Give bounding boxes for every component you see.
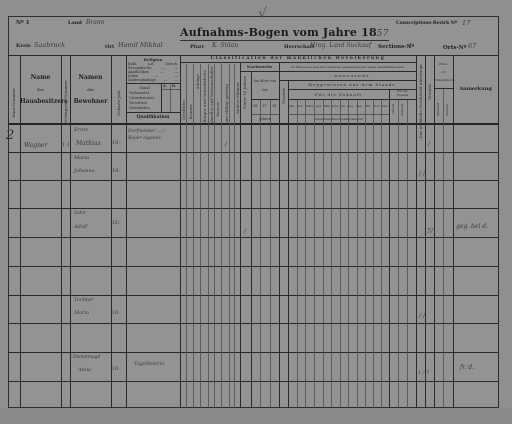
header-line: Wohn- xyxy=(434,60,453,68)
form-title-year: 57 xyxy=(377,29,389,39)
header-line: Fremde xyxy=(389,94,416,98)
month-label: Okt. xyxy=(365,104,371,108)
col-subrule xyxy=(200,64,201,408)
stand-row: Geschieden xyxy=(129,106,160,111)
row-4-mark-class: / xyxy=(244,228,246,235)
religion-row: Andersgläubige—— xyxy=(128,78,178,82)
weggewiesen-header: Weggewiesen aus dem Stande xyxy=(288,82,416,87)
row-4-name-first: Sohn xyxy=(74,211,86,216)
col-subrule xyxy=(193,64,194,408)
kreis-label: Kreis xyxy=(16,43,31,49)
header-line: Bewohner xyxy=(70,96,111,108)
aufenthalt-footer: Aufenthaltsdauer Anmerkungen xyxy=(288,117,389,121)
stand-bottom-rule xyxy=(126,112,180,113)
months-row: Jän. Feb. März Apr. Mai Juni Juli Aug. S… xyxy=(289,104,389,108)
nachwuchs-years-rule xyxy=(251,99,279,100)
col-subrule xyxy=(297,99,298,408)
besitzer-header: Name des Hausbesitzers xyxy=(20,72,61,108)
col-subrule xyxy=(270,99,271,408)
row-4-name-last: Adolf xyxy=(74,224,87,230)
row-2-name-last: Johanna xyxy=(74,168,95,174)
row-7-name-last: Maria xyxy=(74,310,89,316)
row-9-name-last: Anna xyxy=(78,367,91,373)
classification-title: Classification der männlichen Bevölkerun… xyxy=(182,56,414,61)
col-rule xyxy=(279,62,280,408)
col-subrule xyxy=(305,99,306,408)
row-1-mark-class: / xyxy=(225,141,227,148)
row-9-qualifikation: Taglöhnerin xyxy=(134,361,164,367)
religion-table: Kath.Lat.Griech. Evangelische—— Akatholi… xyxy=(128,62,178,82)
row-1-name-last: Mathias xyxy=(76,140,101,147)
header-line: Name xyxy=(20,72,61,84)
row-2-jahr: 18.. xyxy=(112,168,122,174)
wohnort-sub-rule xyxy=(434,88,453,89)
fuer-die-fremde-header: Für die Fremde xyxy=(389,90,416,97)
pfarr-label: Pfarr xyxy=(190,44,204,50)
col-subrule xyxy=(186,64,187,408)
stand-ab-header-rule xyxy=(161,89,180,90)
nachwuchs-rule xyxy=(240,71,416,72)
class-kuenstler: Künstler und Wissenschafter xyxy=(209,66,214,125)
stand-b-header: B. xyxy=(172,84,176,88)
page-title: Aufnahms-Bogen vom Jahre 1857 xyxy=(180,26,389,41)
row-9-anmerkung: fr. d. xyxy=(460,364,474,371)
col-rule xyxy=(61,55,62,408)
nachwuchs-year-18: 18 xyxy=(272,104,276,108)
qualifikation-header: Qualifikation xyxy=(126,115,180,120)
anmerkung-header: Anmerkung xyxy=(453,86,498,92)
col-rule xyxy=(126,55,127,408)
month-label: März xyxy=(306,104,314,108)
row-9-jahr: 18.. xyxy=(112,366,122,372)
orts-label: Orts-Nº xyxy=(443,45,466,51)
col-subrule xyxy=(331,99,332,408)
form-title: Aufnahms-Bogen vom Jahre 18 xyxy=(180,26,377,39)
scanned-census-sheet: Nº 1 Land Brann √ Aufnahms-Bogen vom Jah… xyxy=(0,0,512,424)
haus-nummer-header: Haus-Nummer xyxy=(11,88,16,118)
nachwuchs-jahren: Jahren xyxy=(251,117,279,121)
nachwuchs-year-17: 17 xyxy=(262,104,266,108)
header-line: Hausbesitzers xyxy=(20,96,61,108)
nachwuchs-alter: Im Alter von xyxy=(251,79,279,83)
header-line: Namen xyxy=(70,72,111,84)
nachwuchs-header: Nachwuchs xyxy=(240,64,279,69)
row-7-mark-right: / / xyxy=(419,313,425,320)
month-label: Juli xyxy=(340,104,345,108)
stand-ab-subrule xyxy=(170,83,171,112)
col-subrule xyxy=(381,99,382,408)
ort-label: Ort xyxy=(105,44,114,50)
stand-table: Stand Verheiratet Unverheiratet Verwitwe… xyxy=(129,86,160,111)
fremde-header-vertical: Fremde xyxy=(281,88,286,104)
row-1-name-first: Ernst xyxy=(74,127,88,133)
fremde-ausland: Ausland xyxy=(400,104,404,116)
col-subrule xyxy=(340,99,341,408)
header-line: ort xyxy=(434,68,453,76)
col-subrule xyxy=(323,99,324,408)
row-9-name-first: Dienstmagd xyxy=(73,355,100,360)
land-label: Land xyxy=(68,20,82,26)
header-line: der xyxy=(70,84,111,96)
row-1-besitzer: Wagner xyxy=(24,142,47,149)
months-bottom-rule xyxy=(288,114,389,115)
row-4-jahr: 18.. xyxy=(112,221,121,226)
col-rule xyxy=(416,55,417,408)
col-rule xyxy=(251,72,252,408)
col-subrule xyxy=(357,99,358,408)
nachwuchs-jahren-rule xyxy=(251,114,279,115)
land-value: Brann xyxy=(86,19,105,26)
sheet-number: Nº 1 xyxy=(16,20,30,26)
weiblich-header: Das weibliche Geschlecht überhaupt xyxy=(418,64,423,138)
sections-value: 1 xyxy=(408,42,412,50)
row-2-mark-right: / / xyxy=(419,171,425,178)
religion-label: Andersgläubige xyxy=(128,78,156,82)
month-label: Jän. xyxy=(289,104,295,108)
col-subrule xyxy=(221,64,222,408)
class-adelige: Adelige xyxy=(195,74,200,89)
row-4-mark-right: 7/ xyxy=(427,228,433,235)
row-1-jahr: 18.. xyxy=(112,140,122,146)
col-subrule xyxy=(260,99,261,408)
month-label: Juni xyxy=(332,104,338,108)
religion-a: — xyxy=(163,78,167,82)
col-rule xyxy=(434,55,435,408)
scan-bottom-margin xyxy=(0,408,512,424)
col-subrule xyxy=(229,64,230,408)
wohnpartei-header: Wohnpartei-Nummer xyxy=(63,80,68,123)
col-rule xyxy=(240,62,241,408)
class-buerger: Bürger und Gewerbsleute xyxy=(202,70,207,123)
geburtsjahr-header: Geburts-Jahr xyxy=(116,90,121,116)
nachwuchs-bis: bis xyxy=(251,88,279,92)
zukunft-rule xyxy=(288,99,416,100)
row-4-anmerkung: geg. bei d. xyxy=(456,223,488,230)
anwesende-rule xyxy=(279,80,416,81)
stand-a-header: A. xyxy=(163,84,167,88)
header-line: Einheimische xyxy=(434,76,453,84)
row-7-jahr: 18.. xyxy=(112,310,122,316)
col-rule xyxy=(453,55,454,408)
abwesend-title: Zu Hause aus welchen Ursachen gleichzeit… xyxy=(280,65,415,69)
classification-title-rule xyxy=(180,62,416,63)
month-label: Mai xyxy=(324,104,330,108)
zukunft-header: Für die Zukunft xyxy=(288,92,389,97)
row-1-haus-nr: 2 xyxy=(6,128,14,143)
row-1-qualifikation: Dorfmeister ... / Bauer eigenes xyxy=(128,128,178,142)
col-subrule xyxy=(348,99,349,408)
check-mark: √ xyxy=(258,6,267,22)
row-7-name-first: Tochter xyxy=(74,297,93,303)
stand-ab-rule xyxy=(161,83,162,112)
row-1-mark-right: / xyxy=(428,141,430,148)
col-rule xyxy=(111,55,112,408)
class-bauern: Bauern xyxy=(215,102,220,117)
fremde-header: Fremde xyxy=(427,84,432,100)
conscriptions-label: Conscriptions-Bezirk Nº xyxy=(396,21,457,26)
kreis-value: Saabruck xyxy=(34,41,65,49)
class-geistliche: Geistliche xyxy=(181,100,186,120)
month-label: Apr. xyxy=(316,104,322,108)
col-subrule xyxy=(407,99,408,408)
nachwuchs-year-16: 16 xyxy=(253,104,257,108)
row-2-name-first: Maria xyxy=(74,155,89,161)
orts-value: 67 xyxy=(468,42,476,50)
col-rule xyxy=(425,55,426,408)
anwesende-header: Anwesende xyxy=(288,73,416,78)
conscriptions-value: 17 xyxy=(462,19,470,27)
wohnort-header: Wohn- ort Einheimische xyxy=(434,60,453,84)
religion-a: — xyxy=(160,70,164,74)
col-subrule xyxy=(443,88,444,408)
herrschaft-value: Hrag. Land Suckauf xyxy=(310,42,371,49)
col-subrule xyxy=(234,64,235,408)
header-line: des xyxy=(20,84,61,96)
wohnort-zeitlich: Zeitlich xyxy=(445,104,449,116)
month-label: Sep. xyxy=(356,104,363,108)
class-andere: Andere Männer xyxy=(235,82,240,114)
unter-16-header: Unter 16 Jahren xyxy=(242,76,247,109)
bewohner-header: Namen der Bewohner xyxy=(70,72,111,108)
class-beamte: Beamte xyxy=(188,104,193,119)
col-subrule xyxy=(398,99,399,408)
class-militaer: Zum Militär gehörig xyxy=(224,84,229,125)
ort-value: Hamil Mikhal xyxy=(118,41,163,49)
row-1-partei: 1 1 xyxy=(62,142,70,148)
pfarr-value: K. Stilan xyxy=(212,42,238,49)
religion-b: — xyxy=(175,78,179,82)
wohnort-bleibend: Bleibend xyxy=(436,103,440,116)
col-subrule xyxy=(373,99,374,408)
col-rule xyxy=(389,89,390,408)
col-subrule xyxy=(365,99,366,408)
fremde-inland: Inland xyxy=(391,104,395,114)
month-label: Dez. xyxy=(382,104,389,108)
row-9-mark-right: 1 / 7 xyxy=(418,370,429,376)
col-subrule xyxy=(314,99,315,408)
month-label: Feb. xyxy=(297,104,304,108)
month-label: Nov. xyxy=(373,104,380,108)
col-rule xyxy=(288,80,289,408)
month-label: Aug. xyxy=(347,104,354,108)
